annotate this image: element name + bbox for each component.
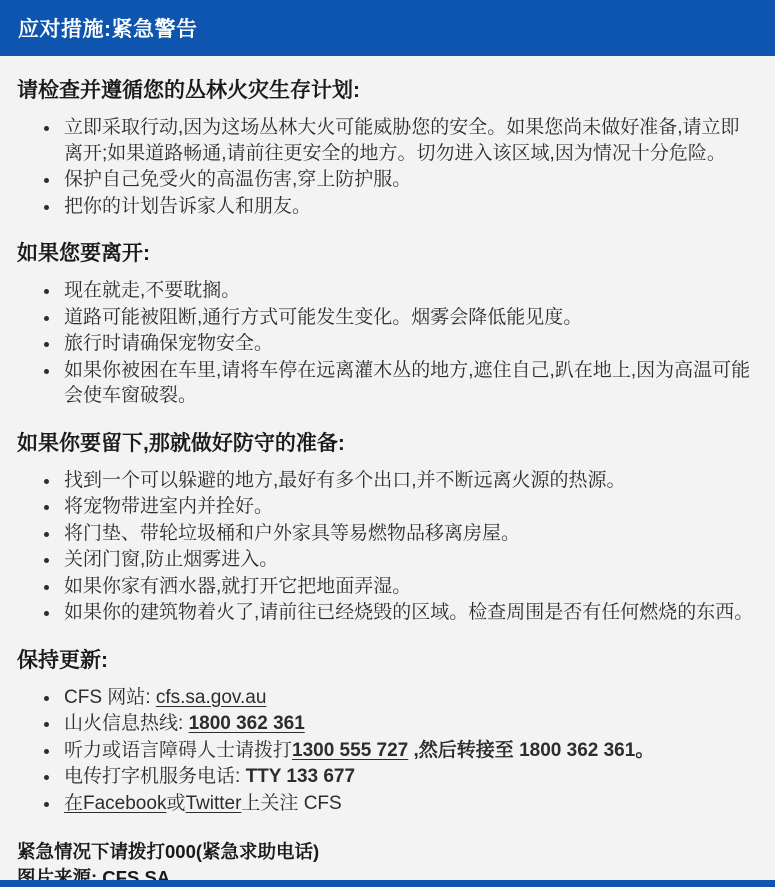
text-segment: 找到一个可以躲避的地方,最好有多个出口,并不断远离火源的热源。 [64,470,626,491]
section-heading: 如果你要留下,那就做好防守的准备: [17,432,758,456]
bullet-list: 找到一个可以躲避的地方,最好有多个出口,并不断远离火源的热源。将宠物带进室内并拴… [17,468,758,626]
list-item: 道路可能被阻断,通行方式可能发生变化。烟雾会降低能见度。 [61,305,758,331]
text-segment: 保护自己免受火的高温伤害,穿上防护服。 [64,169,411,190]
bullet-list: CFS 网站: cfs.sa.gov.au山火信息热线: 1800 362 36… [17,685,758,817]
list-item: CFS 网站: cfs.sa.gov.au [61,685,758,711]
twitter-link[interactable]: Twitter [185,793,241,814]
bottom-accent-bar [0,880,775,887]
section-heading: 请检查并遵循您的丛林火灾生存计划: [17,79,758,103]
section-heading: 如果您要离开: [17,242,758,266]
text-segment: 关闭门窗,防止烟雾进入。 [64,549,278,570]
section-if-leaving: 如果您要离开: 现在就走,不要耽搁。道路可能被阻断,通行方式可能发生变化。烟雾会… [17,242,758,409]
list-item: 在Facebook或Twitter上关注 CFS [61,791,758,817]
list-item: 如果你被困在车里,请将车停在远离灌木丛的地方,遮住自己,趴在地上,因为高温可能会… [61,358,758,409]
list-item: 电传打字机服务电话: TTY 133 677 [61,764,758,790]
list-item: 如果你的建筑物着火了,请前往已经烧毁的区域。检查周围是否有任何燃烧的东西。 [61,600,758,626]
emergency-call-note: 紧急情况下请拨打000(紧急求助电话) [17,840,758,864]
text-segment: 立即采取行动,因为这场丛林大火可能威胁您的安全。如果您尚未做好准备,请立即离开;… [64,117,740,164]
list-item: 找到一个可以躲避的地方,最好有多个出口,并不断远离火源的热源。 [61,468,758,494]
list-item: 将门垫、带轮垃圾桶和户外家具等易燃物品移离房屋。 [61,521,758,547]
text-segment: 如果你的建筑物着火了,请前往已经烧毁的区域。检查周围是否有任何燃烧的东西。 [64,602,753,623]
list-item: 山火信息热线: 1800 362 361 [61,711,758,737]
relay-number-link[interactable]: 1300 555 727 [292,740,408,761]
text-segment: 如果你被困在车里,请将车停在远离灌木丛的地方,遮住自己,趴在地上,因为高温可能会… [64,360,750,407]
list-item: 如果你家有洒水器,就打开它把地面弄湿。 [61,574,758,600]
main-content: 请检查并遵循您的丛林火灾生存计划: 立即采取行动,因为这场丛林大火可能威胁您的安… [0,79,775,887]
text-segment: 旅行时请确保宠物安全。 [64,333,273,354]
text-segment: 电传打字机服务电话: [64,766,246,787]
section-survival-plan: 请检查并遵循您的丛林火灾生存计划: 立即采取行动,因为这场丛林大火可能威胁您的安… [17,79,758,219]
text-segment: 山火信息热线: [64,713,189,734]
list-item: 现在就走,不要耽搁。 [61,278,758,304]
text-segment: 道路可能被阻断,通行方式可能发生变化。烟雾会降低能见度。 [64,307,582,328]
cfs-website-link[interactable]: cfs.sa.gov.au [156,687,267,708]
bullet-list: 现在就走,不要耽搁。道路可能被阻断,通行方式可能发生变化。烟雾会降低能见度。旅行… [17,278,758,409]
section-if-staying: 如果你要留下,那就做好防守的准备: 找到一个可以躲避的地方,最好有多个出口,并不… [17,432,758,626]
text-segment: 现在就走,不要耽搁。 [64,280,240,301]
list-item: 听力或语言障碍人士请拨打1300 555 727 ,然后转接至 1800 362… [61,738,758,764]
header-bar: 应对措施:紧急警告 [0,0,775,56]
facebook-link[interactable]: 在Facebook [64,793,166,814]
text-segment: 如果你家有洒水器,就打开它把地面弄湿。 [64,576,411,597]
text-segment: 将门垫、带轮垃圾桶和户外家具等易燃物品移离房屋。 [64,523,520,544]
text-segment: ,然后转接至 1800 362 361。 [408,740,654,761]
section-stay-updated: 保持更新: CFS 网站: cfs.sa.gov.au山火信息热线: 1800 … [17,649,758,817]
list-item: 关闭门窗,防止烟雾进入。 [61,547,758,573]
bushfire-hotline-link[interactable]: 1800 362 361 [189,713,305,734]
page-title: 应对措施:紧急警告 [18,13,198,43]
text-segment: CFS 网站: [64,687,156,708]
text-segment: 或 [166,793,185,814]
text-segment: TTY 133 677 [246,766,356,787]
text-segment: 听力或语言障碍人士请拨打 [64,740,292,761]
bullet-list: 立即采取行动,因为这场丛林大火可能威胁您的安全。如果您尚未做好准备,请立即离开;… [17,115,758,219]
text-segment: 将宠物带进室内并拴好。 [64,496,273,517]
list-item: 旅行时请确保宠物安全。 [61,331,758,357]
text-segment: 把你的计划告诉家人和朋友。 [64,196,311,217]
section-heading: 保持更新: [17,649,758,673]
text-segment: 上关注 CFS [241,793,341,814]
list-item: 保护自己免受火的高温伤害,穿上防护服。 [61,167,758,193]
list-item: 立即采取行动,因为这场丛林大火可能威胁您的安全。如果您尚未做好准备,请立即离开;… [61,115,758,166]
list-item: 把你的计划告诉家人和朋友。 [61,194,758,220]
list-item: 将宠物带进室内并拴好。 [61,494,758,520]
